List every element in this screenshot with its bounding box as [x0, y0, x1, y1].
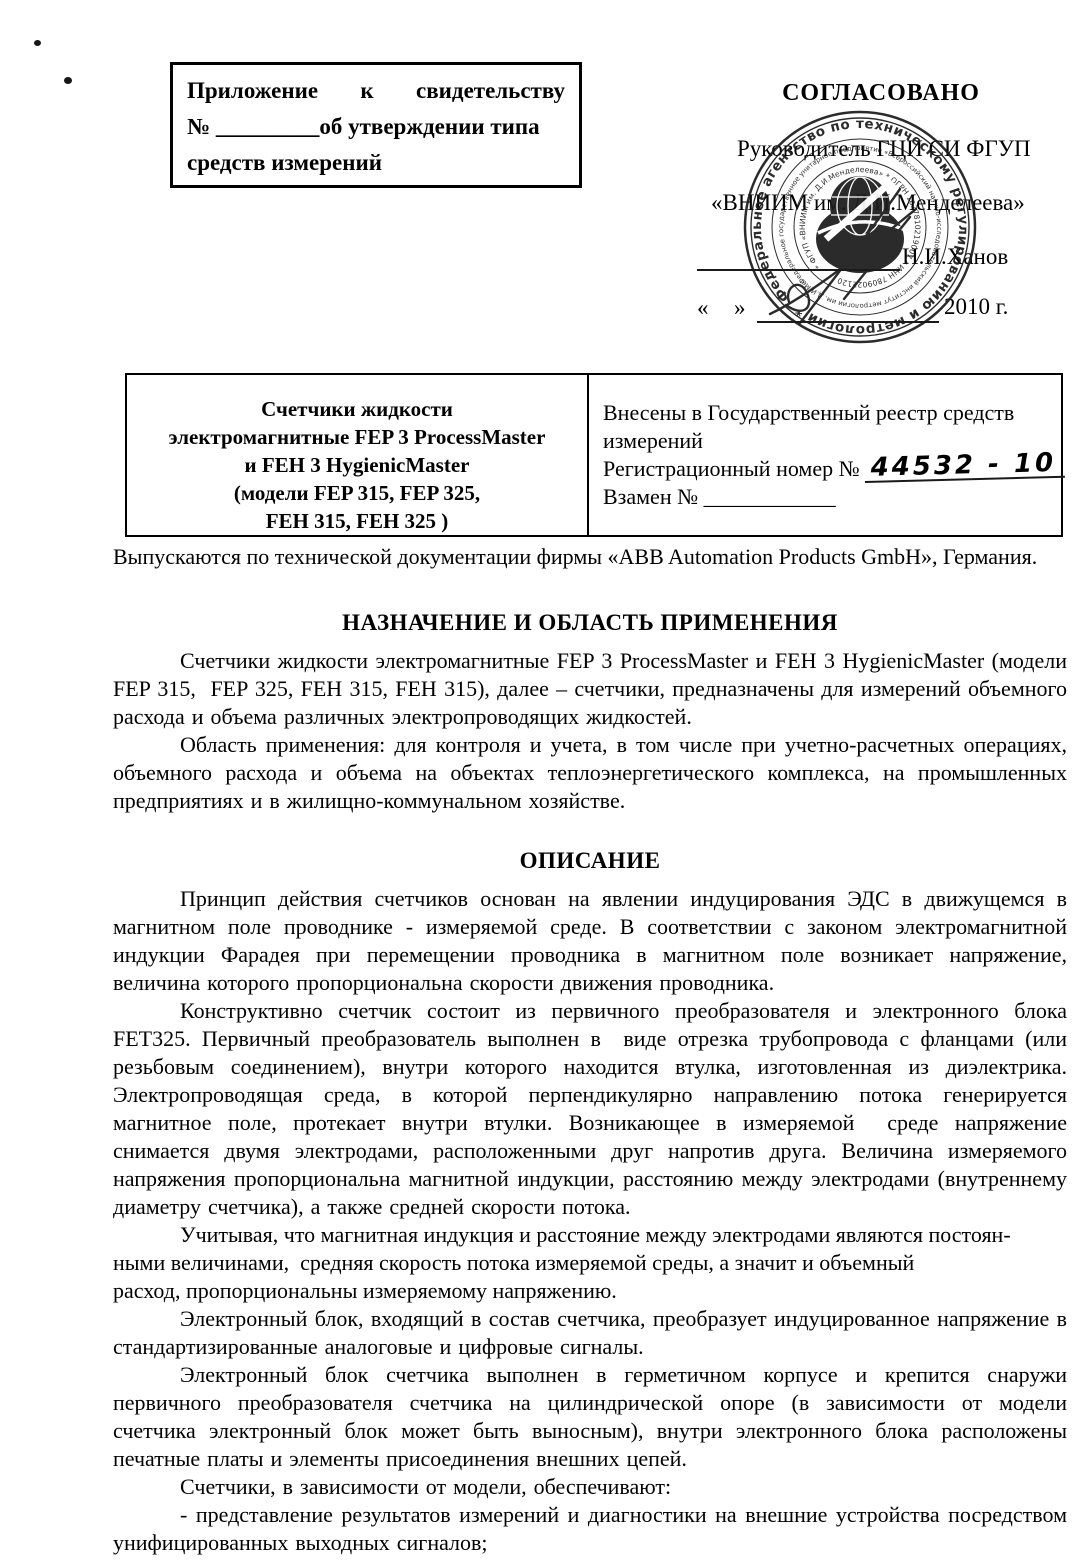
approval-box-line-2: № _________об утверждении типа [187, 109, 565, 145]
approval-annex-box: Приложение к свидетельству № _________об… [170, 62, 582, 188]
approval-box-line-3: средств измерений [187, 145, 565, 181]
stamp-center-emblem: ВНИИМ 1842 [816, 176, 904, 273]
paragraph: Электронный блок, входящий в состав счет… [113, 1305, 1067, 1361]
document-body: Счетчики жидкости электромагнитные FEP 3… [113, 373, 1067, 1557]
manufacturer-line: Выпускаются по технической документации … [113, 543, 1076, 571]
type-name-line: электромагнитные FEP 3 ProcessMaster [133, 423, 581, 451]
paragraph: Счетчики жидкости электромагнитные FEP 3… [113, 647, 1067, 731]
registry-intro: Внесены в Государственный реестр средств… [603, 399, 1051, 455]
paragraph: Учитывая, что магнитная индукция и расст… [113, 1221, 1067, 1305]
paragraph: Конструктивно счетчик состоит из первичн… [113, 997, 1067, 1221]
ink-speck [34, 40, 41, 46]
type-name-line: и FEH 3 HygienicMaster [133, 451, 581, 479]
official-stamp: Федеральное агентство по техническому ре… [742, 109, 978, 345]
table-row: Счетчики жидкости электромагнитные FEP 3… [126, 374, 1062, 536]
replaces-blank: ____________ [704, 484, 836, 509]
replaces-number-row: Взамен № ____________ [603, 483, 1051, 511]
type-name-line: (модели FEP 315, FEP 325, [133, 479, 581, 507]
registration-number-label: Регистрационный номер № [603, 456, 860, 481]
type-registration-table: Счетчики жидкости электромагнитные FEP 3… [125, 373, 1063, 537]
approval-box-word: Приложение [187, 73, 318, 109]
paragraph: Счетчики, в зависимости от модели, обесп… [113, 1473, 1067, 1501]
approval-box-word: к [360, 73, 373, 109]
replaces-label: Взамен № [603, 484, 698, 509]
registry-cell: Внесены в Государственный реестр средств… [588, 374, 1062, 536]
paragraph: Электронный блок счетчика выполнен в гер… [113, 1361, 1067, 1473]
type-name-line: Счетчики жидкости [133, 395, 581, 423]
date-opening-quote: « [697, 295, 709, 321]
ink-speck [64, 77, 72, 84]
type-designation-cell: Счетчики жидкости электромагнитные FEP 3… [126, 374, 588, 536]
paragraph: Область применения: для контроля и учета… [113, 731, 1067, 815]
registration-number-row: Регистрационный номер № 44532 - 10 [603, 455, 1051, 483]
registration-number-value: 44532 - 10 [864, 450, 1064, 483]
approval-box-line-1: Приложение к свидетельству [187, 73, 565, 109]
document-page: Приложение к свидетельству № _________об… [0, 0, 1092, 1560]
section-heading-purpose: НАЗНАЧЕНИЕ И ОБЛАСТЬ ПРИМЕНЕНИЯ [113, 609, 1067, 637]
approval-box-word: свидетельству [416, 73, 565, 109]
type-name-line: FEH 315, FEH 325 ) [133, 507, 581, 535]
paragraph: Принцип действия счетчиков основан на яв… [113, 885, 1067, 997]
section-heading-description: ОПИСАНИЕ [113, 847, 1067, 875]
list-item-paragraph: - представление результатов измерений и … [113, 1501, 1067, 1557]
approved-title: СОГЛАСОВАНО [690, 80, 1072, 107]
